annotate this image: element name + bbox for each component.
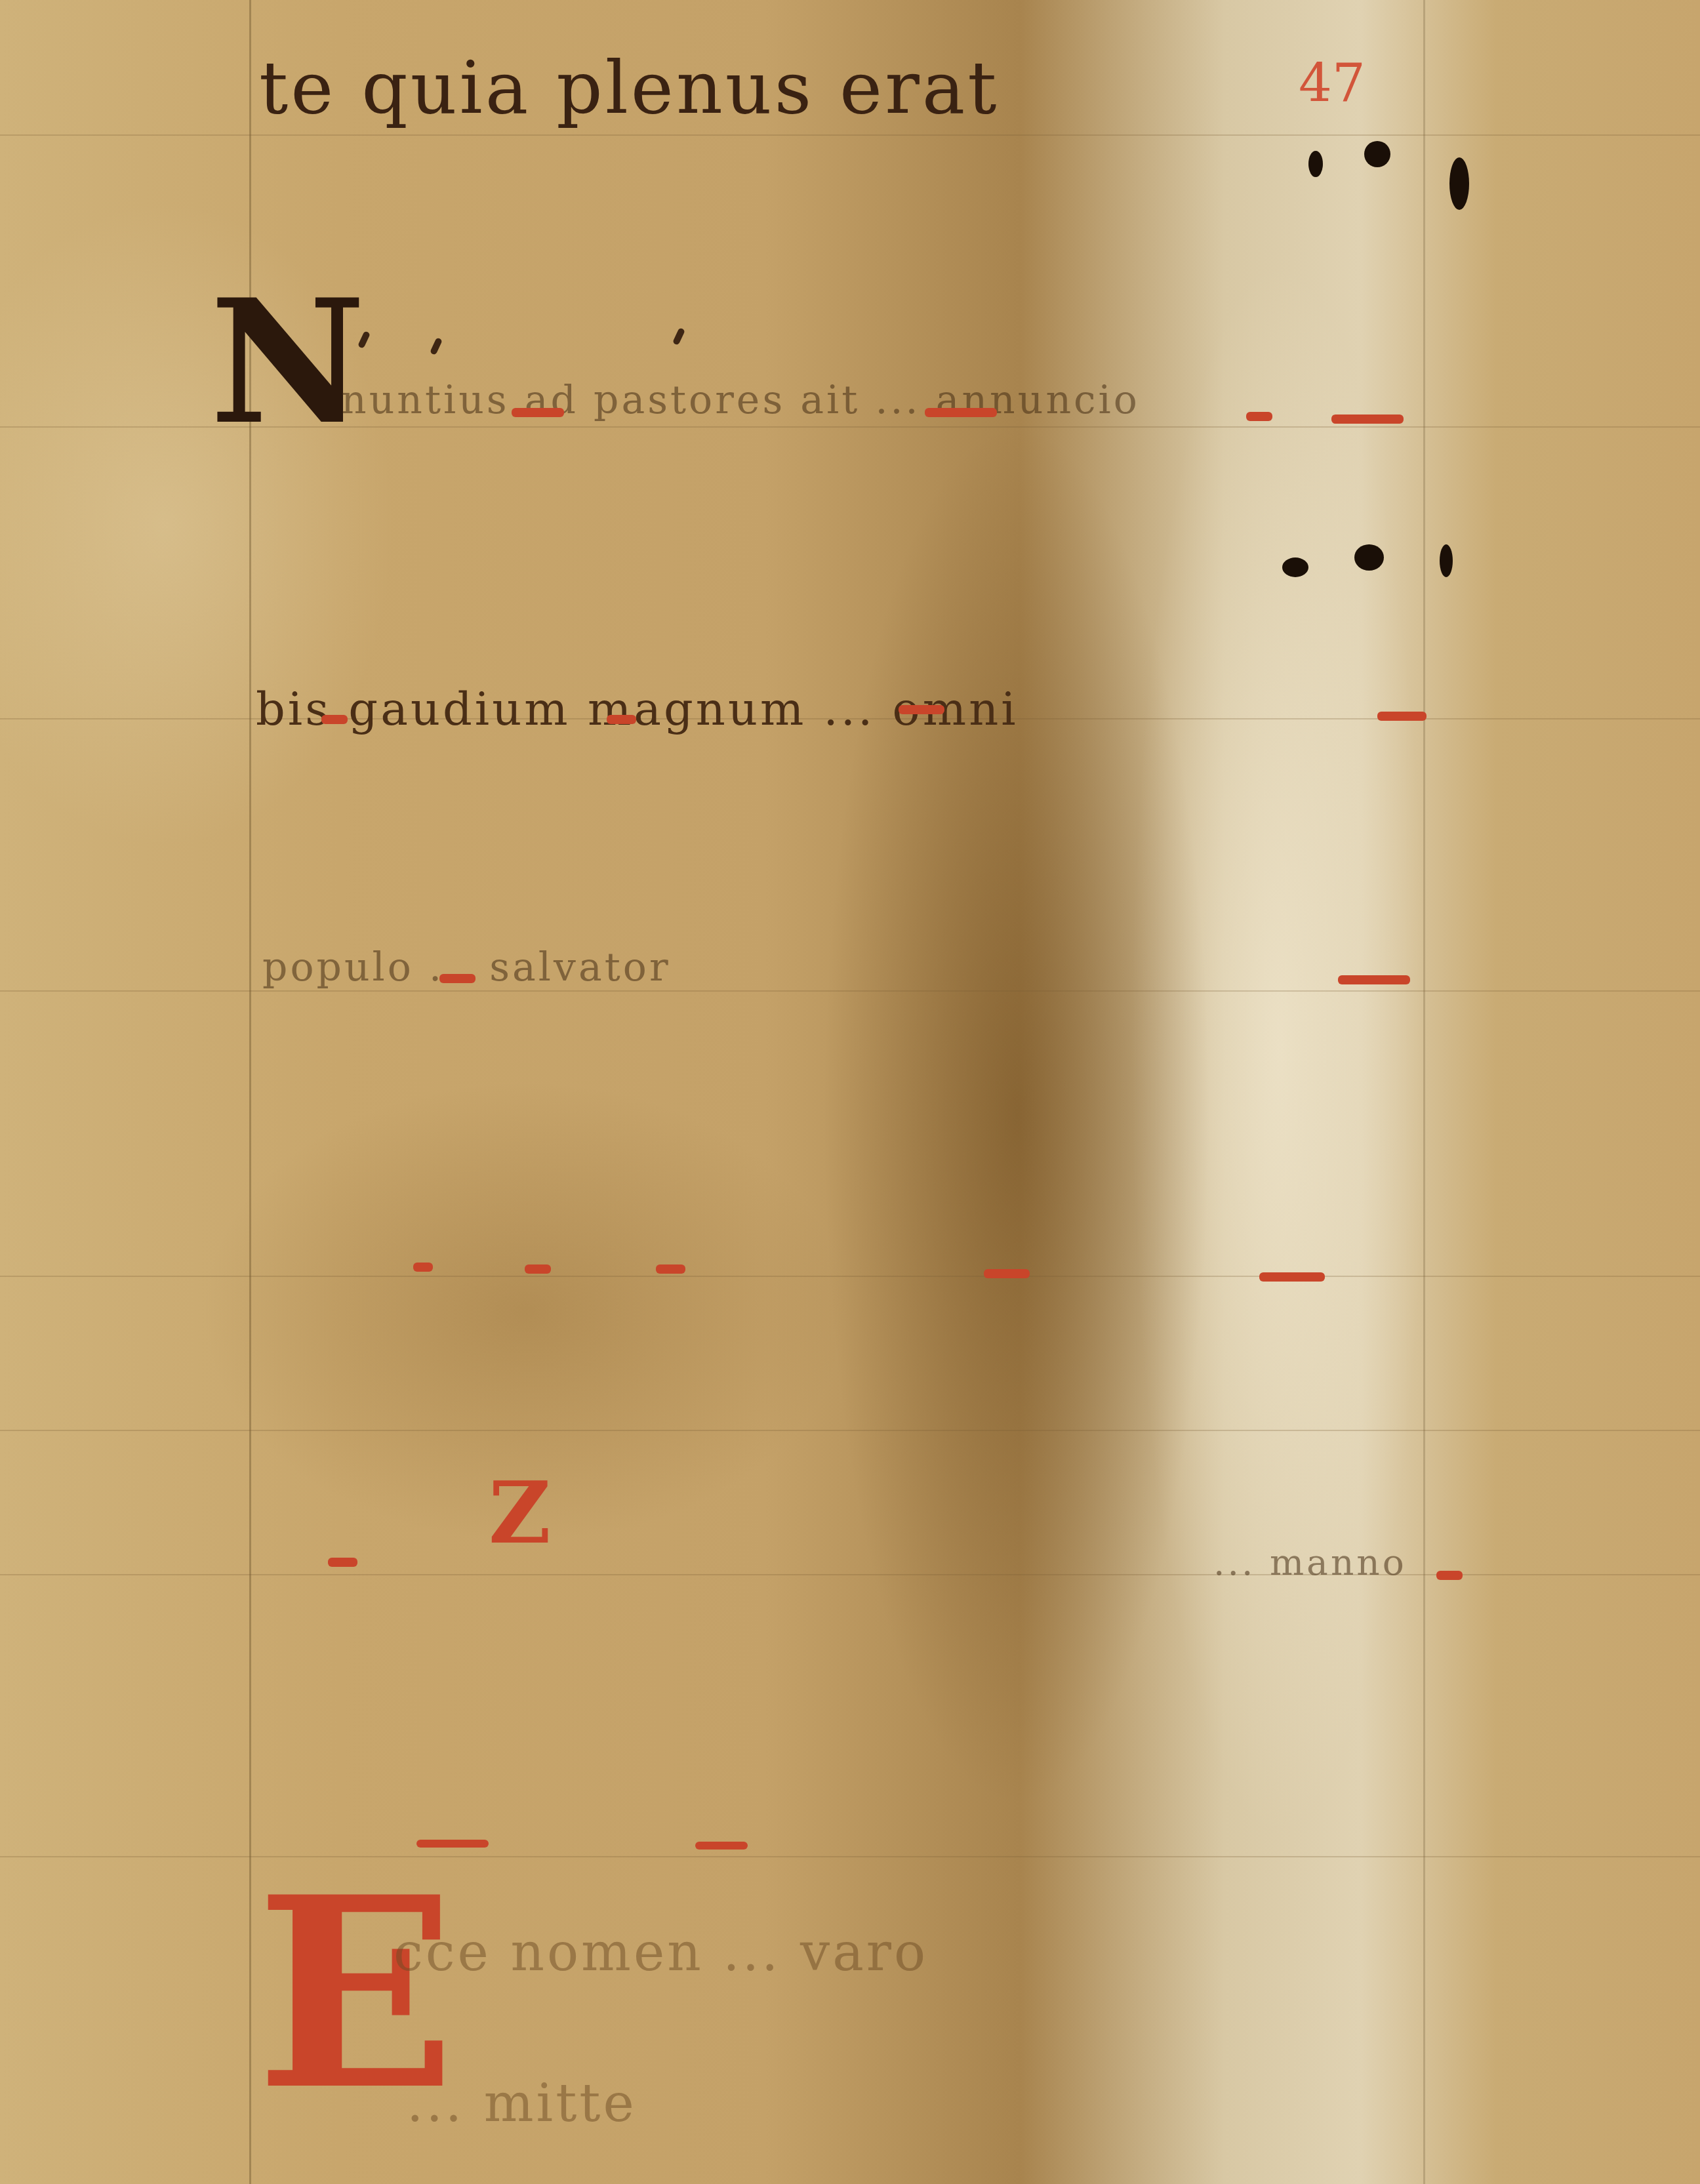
initial-n: N [210, 262, 366, 462]
text-line-1: te quia plenus erat [259, 46, 1000, 130]
rubric-dash [607, 715, 636, 724]
text-line-4: populo ... salvator [262, 944, 671, 990]
worm-hole [1308, 151, 1323, 177]
rubric-dash [656, 1264, 685, 1274]
ruling-line [0, 990, 1700, 992]
worm-hole [1364, 141, 1390, 167]
worm-hole [1449, 157, 1469, 210]
rubric-dash [925, 408, 997, 417]
ruling-line [0, 1856, 1700, 1857]
ruling-line [0, 1430, 1700, 1431]
rubric-dash [695, 1842, 748, 1850]
rubric-dash [413, 1263, 433, 1272]
worm-hole [1354, 544, 1384, 571]
rubric-dash [1259, 1272, 1325, 1282]
rubric-dash [512, 408, 564, 417]
rubric-dash [328, 1558, 357, 1567]
text-line-6: ... manno [1213, 1541, 1407, 1583]
rubric-dash [321, 715, 348, 724]
rubric-dash [984, 1269, 1030, 1278]
text-line-2: nuntius ad pastores ait ... annuncio [341, 377, 1140, 423]
rubric-dash [1338, 975, 1410, 984]
rubric-dash [1246, 412, 1272, 421]
folio-number: 47 [1299, 52, 1366, 113]
text-line-8: ... mitte [407, 2073, 637, 2133]
worm-hole [1282, 557, 1308, 577]
worm-hole [1440, 544, 1453, 577]
rubric-dash [899, 705, 944, 714]
rubric-dash [525, 1264, 551, 1274]
rubric-dash [439, 974, 476, 983]
rubric-dash [1377, 712, 1427, 721]
ruling-line [0, 1276, 1700, 1277]
rubric-dash [1436, 1571, 1463, 1580]
ruling-line [0, 134, 1700, 136]
initial-z: Z [489, 1463, 551, 1563]
text-line-7: cce nomen ... varo [394, 1922, 928, 1983]
rubric-dash [1331, 415, 1404, 424]
